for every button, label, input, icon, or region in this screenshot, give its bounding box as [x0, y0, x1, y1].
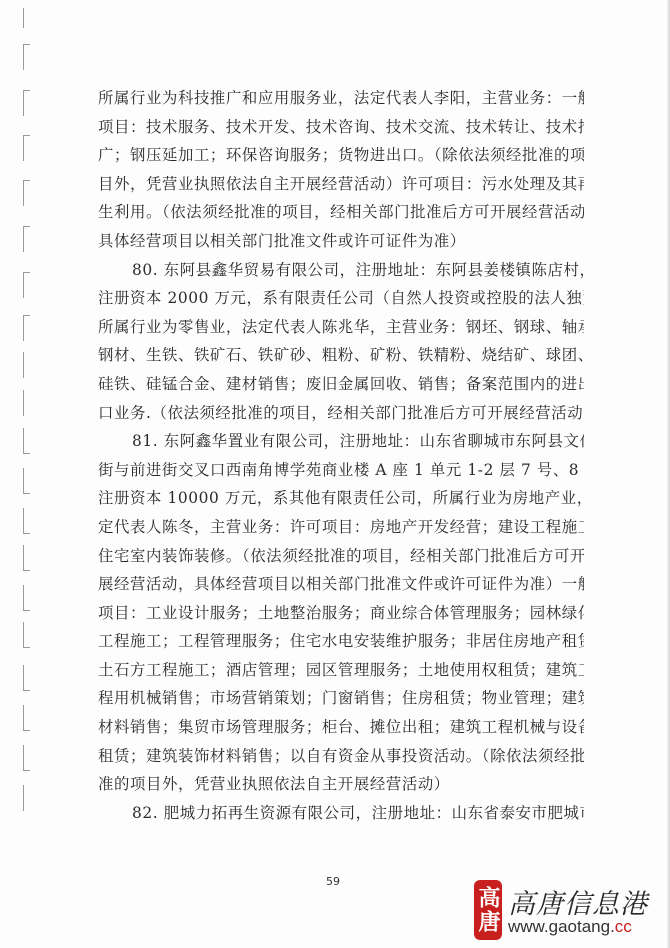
watermark-url-suffix: cc [615, 917, 632, 936]
text-line: 所属行业为科技推广和应用服务业，法定代表人李阳，主营业务：一般 [98, 84, 584, 113]
page-number: 59 [326, 875, 340, 888]
text-line: 硅铁、硅锰合金、建材销售；废旧金属回收、销售；备案范围内的进出 [98, 370, 584, 399]
text-line: 街与前进街交叉口西南角博学苑商业楼 A 座 1 单元 1-2 层 7 号、8 号… [98, 456, 584, 485]
text-line: 材料销售；集贸市场管理服务；柜台、摊位出租；建筑工程机械与设备 [98, 713, 584, 742]
text-line: 租赁；建筑装饰材料销售；以自有资金从事投资活动。（除依法须经批 [98, 742, 584, 771]
watermark-url-prefix: www.gaotang. [508, 917, 615, 936]
binding-mark [23, 705, 32, 731]
binding-mark [23, 272, 32, 298]
text-line: 81. 东阿鑫华置业有限公司，注册地址：山东省聊城市东阿县文化 [98, 427, 584, 456]
binding-mark [23, 44, 32, 70]
binding-mark [23, 622, 32, 648]
watermark-site-name: 高唐信息港 [508, 882, 648, 921]
binding-mark [23, 665, 32, 691]
binding-mark [23, 428, 32, 454]
text-line: 82. 肥城力拓再生资源有限公司，注册地址：山东省泰安市肥城市 [98, 799, 584, 828]
text-line: 定代表人陈冬，主营业务：许可项目：房地产开发经营；建设工程施工； [98, 513, 584, 542]
text-line: 项目：工业设计服务；土地整治服务；商业综合体管理服务；园林绿化 [98, 599, 584, 628]
binding-mark [23, 315, 32, 341]
text-line: 口业务.（依法须经批准的项目，经相关部门批准后方可开展经营活动）。 [98, 399, 584, 428]
binding-marks [18, 0, 38, 948]
binding-mark [23, 468, 32, 494]
text-line: 具体经营项目以相关部门批准文件或许可证件为准） [98, 227, 584, 256]
binding-mark [23, 135, 32, 161]
text-line: 生利用。（依法须经批准的项目，经相关部门批准后方可开展经营活动， [98, 198, 584, 227]
binding-mark [23, 585, 32, 611]
binding-mark [23, 352, 32, 378]
binding-mark [23, 90, 32, 116]
text-line: 住宅室内装饰装修。（依法须经批准的项目，经相关部门批准后方可开 [98, 542, 584, 571]
scanned-page: 所属行业为科技推广和应用服务业，法定代表人李阳，主营业务：一般项目：技术服务、技… [0, 0, 670, 948]
site-watermark-logo: 高唐 高唐信息港 www.gaotang.cc [470, 880, 670, 940]
text-line: 展经营活动，具体经营项目以相关部门批准文件或许可证件为准）一般 [98, 570, 584, 599]
text-line: 土石方工程施工；酒店管理；园区管理服务；土地使用权租赁；建筑工 [98, 656, 584, 685]
text-line: 注册资本 2000 万元，系有限责任公司（自然人投资或控股的法人独资）， [98, 284, 584, 313]
text-line: 80. 东阿县鑫华贸易有限公司，注册地址：东阿县姜楼镇陈店村， [98, 256, 584, 285]
text-line: 钢材、生铁、铁矿石、铁矿砂、粗粉、矿粉、铁精粉、烧结矿、球团、 [98, 341, 584, 370]
seal-logo-icon: 高唐 [474, 880, 502, 940]
watermark-url: www.gaotang.cc [508, 917, 632, 937]
binding-mark [23, 226, 32, 252]
text-line: 准的项目外，凭营业执照依法自主开展经营活动） [98, 770, 584, 799]
binding-mark [23, 745, 32, 771]
binding-mark [23, 508, 32, 534]
text-line: 工程施工；工程管理服务；住宅水电安装维护服务；非居住房地产租赁； [98, 627, 584, 656]
binding-mark [23, 545, 32, 571]
text-line: 目外，凭营业执照依法自主开展经营活动）许可项目：污水处理及其再 [98, 170, 584, 199]
text-line: 程用机械销售；市场营销策划；门窗销售；住房租赁；物业管理；建筑 [98, 684, 584, 713]
binding-mark [23, 8, 32, 28]
text-line: 广；钢压延加工；环保咨询服务；货物进出口。（除依法须经批准的项 [98, 141, 584, 170]
binding-mark [23, 180, 32, 206]
text-line: 所属行业为零售业，法定代表人陈兆华，主营业务：钢坯、钢球、轴承、 [98, 313, 584, 342]
text-line: 注册资本 10000 万元，系其他有限责任公司，所属行业为房地产业，法 [98, 484, 584, 513]
document-body: 所属行业为科技推广和应用服务业，法定代表人李阳，主营业务：一般项目：技术服务、技… [98, 84, 584, 827]
text-line: 项目：技术服务、技术开发、技术咨询、技术交流、技术转让、技术推 [98, 113, 584, 142]
binding-mark [23, 390, 32, 416]
binding-mark [23, 785, 32, 811]
